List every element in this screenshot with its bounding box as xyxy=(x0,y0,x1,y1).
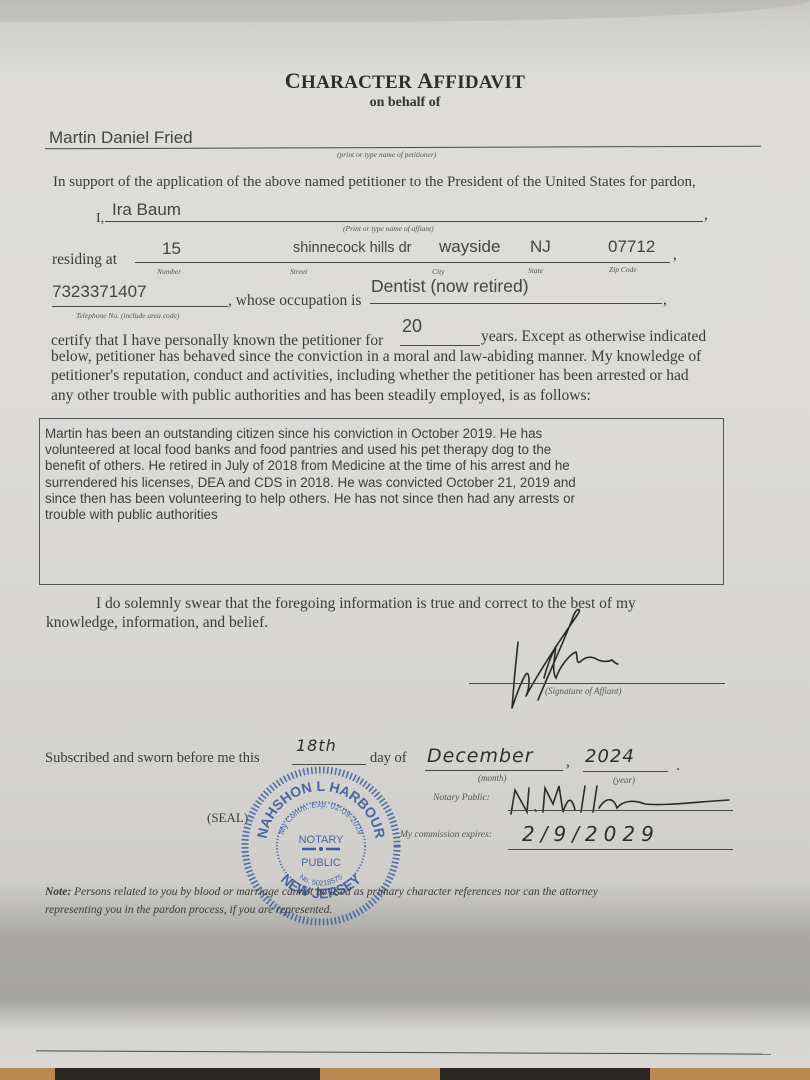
year-period: . xyxy=(676,756,680,775)
certify-line-2: below, petitioner has behaved since the … xyxy=(51,347,701,366)
stamp-commission: My Comm. Exp. 02-09-2029 xyxy=(277,800,365,836)
signature-caption: (Signature of Affiant) xyxy=(545,686,622,696)
affiant-name-line xyxy=(105,221,703,222)
years-known-field[interactable]: 20 xyxy=(402,316,422,337)
certify-text-after: years. Except as otherwise indicated xyxy=(481,327,706,346)
month-field[interactable]: December xyxy=(427,745,534,767)
certify-line-4: any other trouble with public authoritie… xyxy=(51,386,591,405)
address-comma: , xyxy=(673,245,677,264)
document-page: CHARACTER AFFIDAVIT on behalf of Martin … xyxy=(0,0,810,1080)
address-state-field[interactable]: NJ xyxy=(530,237,551,257)
note-line-2: representing you in the pardon process, … xyxy=(45,902,332,919)
statement-box[interactable]: Martin has been an outstanding citizen s… xyxy=(39,418,724,585)
address-zip-field[interactable]: 07712 xyxy=(608,237,655,257)
phone-caption: Telephone No. (include area code) xyxy=(76,311,179,320)
statement-text: Martin has been an outstanding citizen s… xyxy=(45,426,718,523)
note-label: Note: xyxy=(45,886,71,898)
petitioner-name-field[interactable]: Martin Daniel Fried xyxy=(49,128,193,148)
occupation-field[interactable]: Dentist (now retired) xyxy=(371,276,529,297)
stamp-public: PUBLIC xyxy=(301,857,341,869)
caption-street: Street xyxy=(290,267,307,276)
table-surface xyxy=(0,1068,810,1080)
occupation-label: , whose occupation is xyxy=(228,291,361,310)
document-title: CHARACTER AFFIDAVIT xyxy=(0,68,810,94)
month-caption: (month) xyxy=(478,773,507,783)
title-rest-1: HARACTER xyxy=(301,72,412,93)
phone-field[interactable]: 7323371407 xyxy=(52,282,147,302)
caption-state: State xyxy=(528,266,543,275)
bottom-rule xyxy=(36,1050,771,1054)
affiant-name-field[interactable]: Ira Baum xyxy=(112,200,181,220)
intro-text: In support of the application of the abo… xyxy=(53,173,696,192)
svg-text:My Comm. Exp. 02-09-2029: My Comm. Exp. 02-09-2029 xyxy=(277,800,365,836)
subscribed-label: Subscribed and sworn before me this xyxy=(45,749,260,768)
address-number-field[interactable]: 15 xyxy=(162,239,181,259)
commission-expires-field[interactable]: 2/9/2029 xyxy=(522,822,660,846)
caption-number: Number xyxy=(157,267,181,276)
caption-city: City xyxy=(432,267,445,276)
notary-public-label: Notary Public: xyxy=(433,793,490,803)
years-line xyxy=(400,345,480,346)
month-year-separator: , xyxy=(566,752,570,771)
certify-line-3: petitioner's reputation, conduct and act… xyxy=(51,366,689,385)
oath-line-2: knowledge, information, and belief. xyxy=(46,613,268,632)
year-field[interactable]: 2024 xyxy=(585,746,635,767)
day-field[interactable]: 18th xyxy=(296,736,337,755)
notary-line xyxy=(508,810,733,811)
year-line xyxy=(583,771,668,772)
address-line xyxy=(135,262,670,263)
title-cap-c: C xyxy=(285,68,301,93)
occupation-comma: , xyxy=(663,290,667,309)
title-rest-2: FFIDAVIT xyxy=(433,72,525,93)
document-subtitle: on behalf of xyxy=(0,95,810,111)
commission-line xyxy=(508,849,733,850)
affiant-comma: , xyxy=(704,205,708,224)
note-line-1: Note: Persons related to you by blood or… xyxy=(45,884,598,901)
title-cap-a: A xyxy=(417,68,433,93)
caption-zip: Zip Code xyxy=(609,265,637,274)
affiant-caption: (Print or type name of affiant) xyxy=(343,224,434,233)
affiant-signature xyxy=(500,600,670,720)
occupation-line xyxy=(370,303,662,304)
commission-label: My commission expires: xyxy=(400,830,492,840)
note-text-1: Persons related to you by blood or marri… xyxy=(74,886,598,898)
page-fold xyxy=(0,0,810,22)
residing-label: residing at xyxy=(52,250,117,269)
affiant-signature-line xyxy=(469,683,725,684)
petitioner-caption: (print or type name of petitioner) xyxy=(337,150,436,159)
phone-line xyxy=(52,306,228,307)
stamp-notary: NOTARY xyxy=(299,834,344,846)
notary-signature xyxy=(505,780,735,820)
month-line xyxy=(425,770,563,771)
address-street-field[interactable]: shinnecock hills dr xyxy=(293,240,411,256)
affiant-prefix: I, xyxy=(96,209,104,228)
address-city-field[interactable]: wayside xyxy=(439,237,500,257)
